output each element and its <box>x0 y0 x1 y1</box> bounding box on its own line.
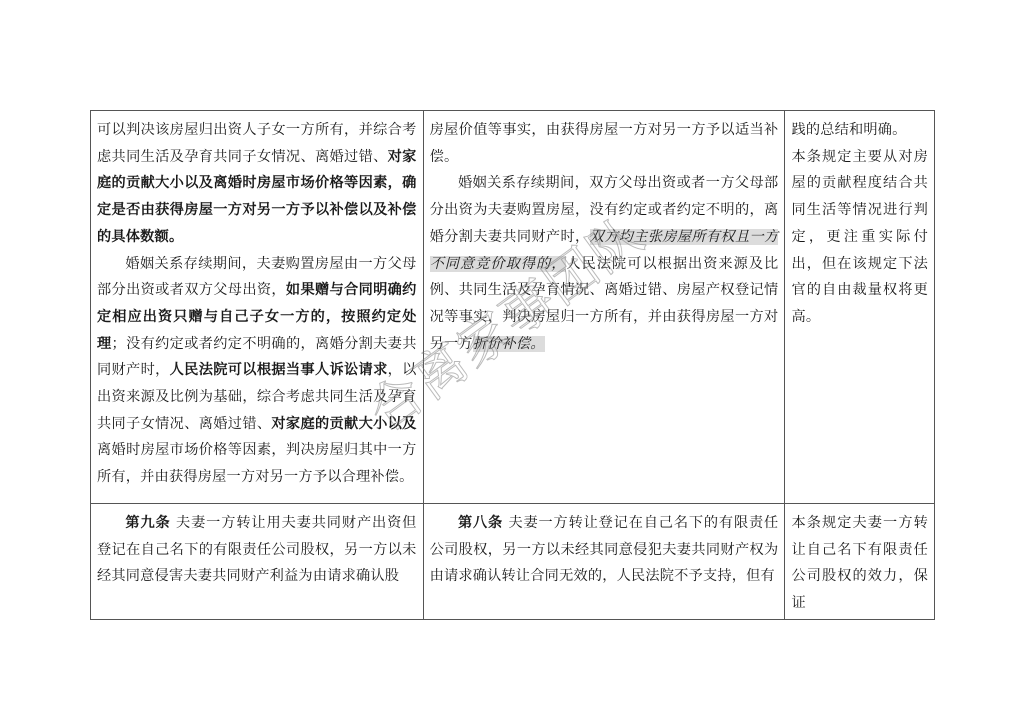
old-provision-cell: 第八条 夫妻一方转让登记在自己名下的有限责任公司股权，另一方以未经其同意侵犯夫妻… <box>423 504 785 620</box>
commentary-cell: 本条规定夫妻一方转让自己名下有限责任公司股权的效力，保证 <box>785 504 935 620</box>
bold-text-span: 人民法院可以根据当事人诉讼请求 <box>170 362 388 378</box>
paragraph: 婚姻关系存续期间，夫妻购置房屋由一方父母部分出资或者双方父母出资，如果赠与合同明… <box>97 251 417 491</box>
table-row: 可以判决该房屋归出资人子女一方所有，并综合考虑共同生活及孕育共同子女情况、离婚过… <box>91 111 935 504</box>
table-row: 第九条 夫妻一方转让用夫妻共同财产出资但登记在自己名下的有限责任公司股权，另一方… <box>91 504 935 620</box>
article-number: 第八条 <box>458 515 503 531</box>
article-number: 第九条 <box>125 515 170 531</box>
text-span: 离婚时房屋市场价格等因素，判决房屋归其中一方所有，并由获得房屋一方对另一方予以合… <box>97 442 417 485</box>
paragraph: 第八条 夫妻一方转让登记在自己名下的有限责任公司股权，另一方以未经其同意侵犯夫妻… <box>430 510 779 590</box>
comparison-table: 可以判决该房屋归出资人子女一方所有，并综合考虑共同生活及孕育共同子女情况、离婚过… <box>90 110 935 620</box>
paragraph: 房屋价值等事实，由获得房屋一方对另一方予以适当补偿。 <box>430 117 779 170</box>
paragraph: 践的总结和明确。 <box>791 117 928 144</box>
highlighted-text: 折价补偿。 <box>473 336 545 352</box>
paragraph: 婚姻关系存续期间，双方父母出资或者一方父母部分出资为夫妻购置房屋，没有约定或者约… <box>430 170 779 357</box>
paragraph: 本条规定夫妻一方转让自己名下有限责任公司股权的效力，保证 <box>791 510 928 617</box>
bold-text-span: 对家庭的贡献大小以及 <box>271 416 416 432</box>
paragraph: 本条规定主要从对房屋的贡献程度结合共同生活等情况进行判定，更注重实际付出，但在该… <box>791 144 928 331</box>
text-span: 可以判决该房屋归出资人子女一方所有，并综合考虑共同生活及孕育共同子女情况、离婚过… <box>97 122 417 165</box>
new-provision-cell: 可以判决该房屋归出资人子女一方所有，并综合考虑共同生活及孕育共同子女情况、离婚过… <box>91 111 424 504</box>
commentary-cell: 践的总结和明确。 本条规定主要从对房屋的贡献程度结合共同生活等情况进行判定，更注… <box>785 111 935 504</box>
new-provision-cell: 第九条 夫妻一方转让用夫妻共同财产出资但登记在自己名下的有限责任公司股权，另一方… <box>91 504 424 620</box>
paragraph: 第九条 夫妻一方转让用夫妻共同财产出资但登记在自己名下的有限责任公司股权，另一方… <box>97 510 417 590</box>
old-provision-cell: 房屋价值等事实，由获得房屋一方对另一方予以适当补偿。 婚姻关系存续期间，双方父母… <box>423 111 785 504</box>
document-page: 可以判决该房屋归出资人子女一方所有，并综合考虑共同生活及孕育共同子女情况、离婚过… <box>0 0 1024 724</box>
paragraph: 可以判决该房屋归出资人子女一方所有，并综合考虑共同生活及孕育共同子女情况、离婚过… <box>97 117 417 251</box>
